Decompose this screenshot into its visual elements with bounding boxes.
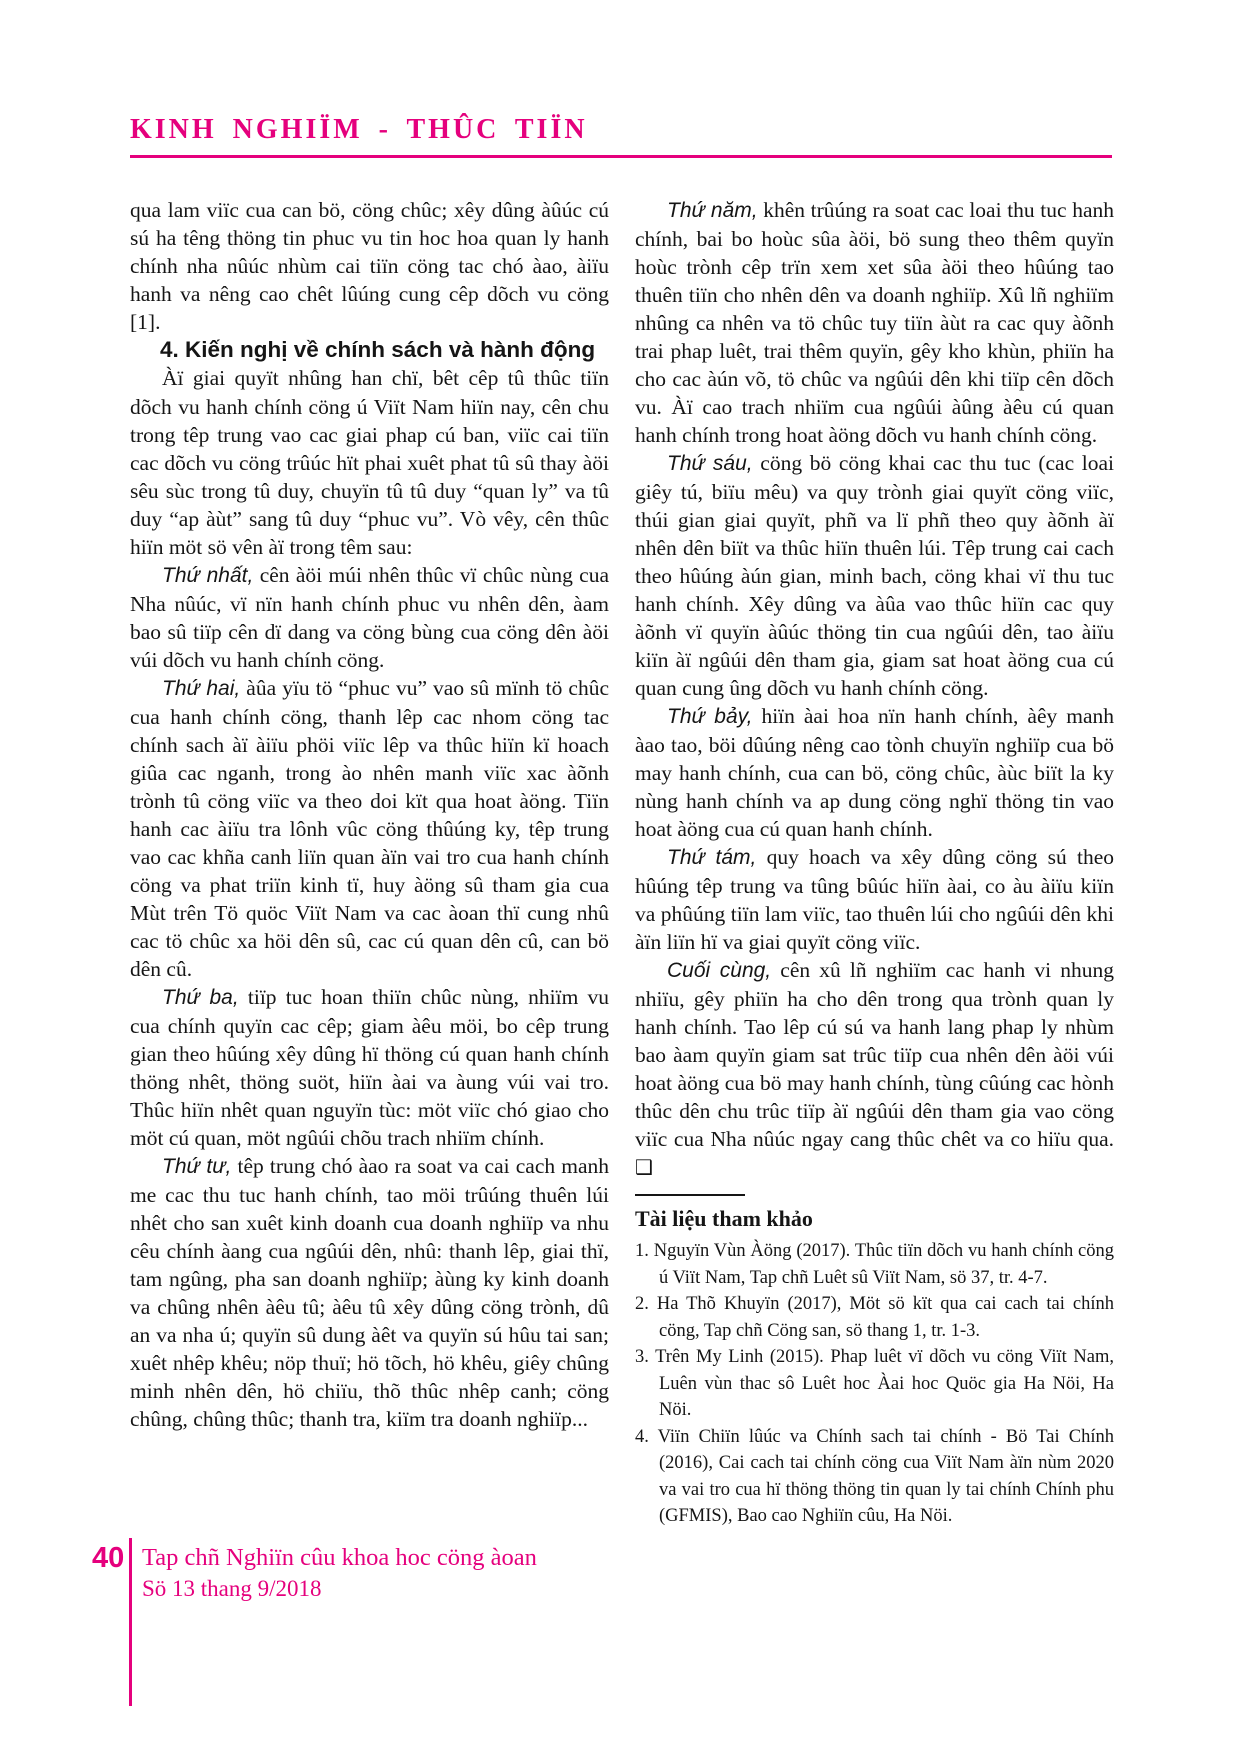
article-body: qua lam viïc cua can bö, cöng chûc; xêy … (130, 196, 1114, 1530)
references-section: Tài liệu tham khảo 1. Nguyïn Vùn Àöng (2… (635, 1194, 1114, 1530)
paragraph-text: khên trûúng ra soat cac loai thu tuc han… (635, 198, 1114, 447)
reference-item: 1. Nguyïn Vùn Àöng (2017). Thûc tiïn dõc… (635, 1238, 1114, 1291)
right-column: Thứ năm, khên trûúng ra soat cac loai th… (635, 196, 1114, 1530)
references-heading: Tài liệu tham khảo (635, 1206, 1114, 1232)
reference-item: 2. Ha Thõ Khuyïn (2017), Möt sö kït qua … (635, 1291, 1114, 1344)
section-heading: 4. Kiến nghị về chính sách và hành động (130, 336, 609, 364)
paragraph: Thứ ba, tiïp tuc hoan thiïn chûc nùng, n… (130, 983, 609, 1152)
footer-divider-line (129, 1538, 132, 1706)
reference-text: Ha Thõ Khuyïn (2017), Möt sö kït qua cai… (657, 1294, 1114, 1341)
reference-number: 2. (635, 1294, 649, 1314)
page-footer: 40 Tap chñ Nghiïn cûu khoa hoc cöng àoan… (92, 1538, 692, 1708)
paragraph-text: Àï giai quyït nhûng han chï, bêt cêp tû … (130, 366, 609, 559)
paragraph: Àï giai quyït nhûng han chï, bêt cêp tû … (130, 364, 609, 561)
reference-text: Trên My Linh (2015). Phap luêt vï dõch v… (655, 1347, 1114, 1420)
paragraph-lead: Thứ năm, (667, 199, 758, 222)
paragraph-text: cên xû lñ nghiïm cac hanh vi nhung nhiïu… (635, 958, 1114, 1151)
paragraph-lead: Thứ nhất, (162, 564, 253, 587)
issue-info: Sö 13 thang 9/2018 (142, 1574, 537, 1604)
paragraph: Thứ năm, khên trûúng ra soat cac loai th… (635, 196, 1114, 449)
paragraph-lead: Thứ hai, (162, 677, 240, 700)
paragraph: Thứ tư, têp trung chó àao ra soat va cai… (130, 1152, 609, 1433)
paragraph-lead: Thứ bảy, (667, 705, 752, 728)
left-column: qua lam viïc cua can bö, cöng chûc; xêy … (130, 196, 609, 1530)
paragraph-lead: Thứ sáu, (667, 452, 753, 475)
reference-number: 1. (635, 1241, 649, 1261)
reference-item: 3. Trên My Linh (2015). Phap luêt vï dõc… (635, 1344, 1114, 1424)
reference-item: 4. Viïn Chiïn lûúc va Chính sach tai chí… (635, 1424, 1114, 1530)
reference-number: 3. (635, 1347, 649, 1367)
header-rule (130, 155, 1112, 158)
paragraph: Thứ tám, quy hoach va xêy dûng cöng sú t… (635, 843, 1114, 956)
reference-text: Viïn Chiïn lûúc va Chính sach tai chính … (658, 1427, 1114, 1527)
paragraph: Thứ nhất, cên àöi múi nhên thûc vï chûc … (130, 561, 609, 674)
end-of-article-mark: ❑ (635, 1157, 653, 1179)
footer-journal-info: Tap chñ Nghiïn cûu khoa hoc cöng àoan Sö… (142, 1542, 537, 1604)
page-number: 40 (92, 1542, 124, 1575)
reference-number: 4. (635, 1427, 649, 1447)
paragraph-lead: Thứ ba, (162, 986, 239, 1009)
paragraph: Cuối cùng, cên xû lñ nghiïm cac hanh vi … (635, 956, 1114, 1182)
paragraph: Thứ hai, àûa yïu tö “phuc vu” vao sû mïn… (130, 674, 609, 983)
paragraph-text: cöng bö cöng khai cac thu tuc (cac loai … (635, 451, 1114, 700)
section-title: KINH NGHIÏM - THÛC TIÏN (130, 114, 1112, 146)
paragraph-text: tiïp tuc hoan thiïn chûc nùng, nhiïm vu … (130, 985, 609, 1150)
paragraph: Thứ bảy, hiïn àai hoa nïn hanh chính, àê… (635, 702, 1114, 843)
paragraph-lead: Cuối cùng, (667, 959, 771, 982)
paragraph-lead: Thứ tư, (162, 1155, 231, 1178)
paragraph-lead: Thứ tám, (667, 846, 756, 869)
reference-text: Nguyïn Vùn Àöng (2017). Thûc tiïn dõch v… (654, 1241, 1114, 1288)
journal-page: KINH NGHIÏM - THÛC TIÏN qua lam viïc cua… (0, 0, 1240, 1753)
paragraph-text: àûa yïu tö “phuc vu” vao sû mïnh tö chûc… (130, 676, 609, 981)
paragraph-text: têp trung chó àao ra soat va cai cach ma… (130, 1154, 609, 1431)
journal-name: Tap chñ Nghiïn cûu khoa hoc cöng àoan (142, 1542, 537, 1574)
paragraph-continuation: qua lam viïc cua can bö, cöng chûc; xêy … (130, 196, 609, 336)
page-header: KINH NGHIÏM - THÛC TIÏN (130, 114, 1112, 158)
references-rule (635, 1194, 745, 1196)
paragraph: Thứ sáu, cöng bö cöng khai cac thu tuc (… (635, 449, 1114, 702)
